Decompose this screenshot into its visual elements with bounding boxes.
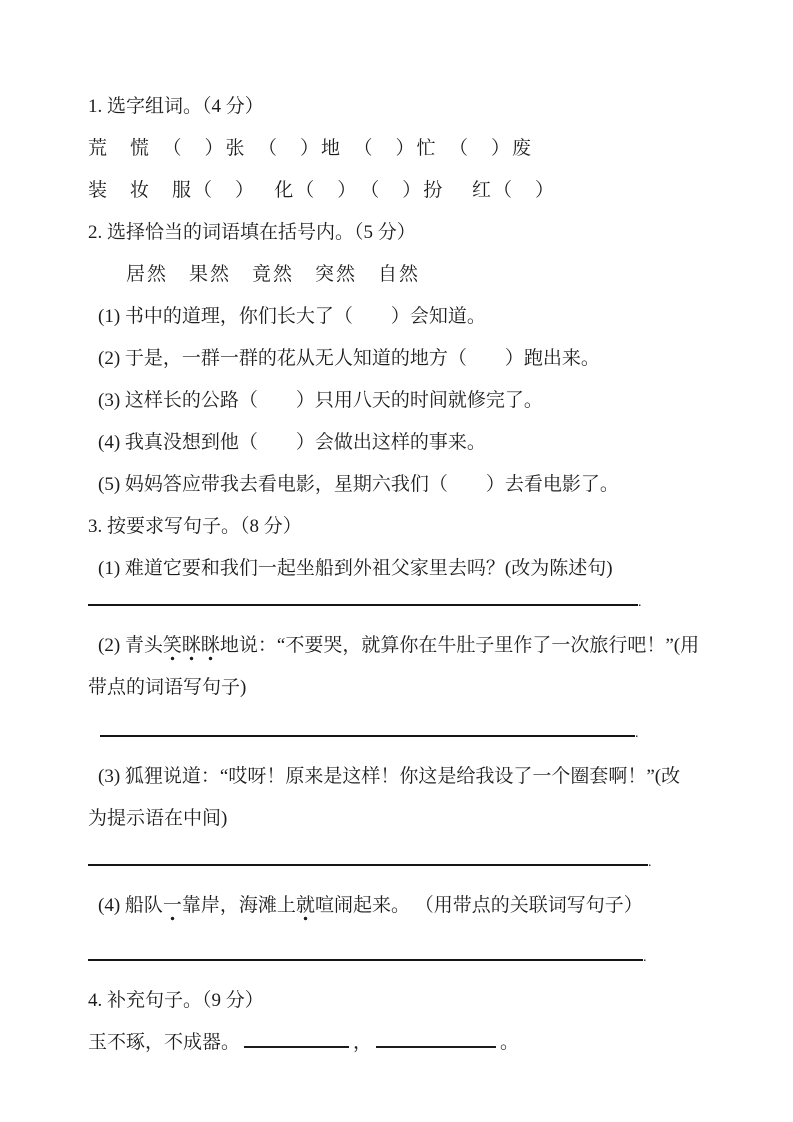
q1-heading: 1. 选字组词。（4 分）	[88, 86, 737, 128]
q4-stem: 玉不琢，不成器。	[88, 1032, 240, 1053]
q4-fill-blank-2	[376, 1029, 496, 1048]
q4-period: 。	[500, 1032, 519, 1053]
q4-comma: ，	[353, 1032, 372, 1053]
q3-answer-blank-3: .	[88, 850, 737, 871]
blank-tail-period-2: .	[635, 726, 639, 741]
answer-line-4	[88, 945, 643, 961]
q3-item-2-line2: 带点的词语写句子)	[88, 667, 737, 709]
q3-item-4-seg1: (4) 船队	[98, 895, 163, 916]
answer-line-2	[100, 721, 635, 737]
answer-line-3	[88, 850, 648, 866]
q3-answer-blank-2: .	[88, 721, 737, 742]
q2-item-4: (4) 我真没想到他（ ）会做出这样的事来。	[88, 422, 737, 464]
worksheet-page: 1. 选字组词。（4 分） 荒 慌 （ ）张 （ ）地 （ ）忙 （ ）废 装 …	[0, 0, 793, 1122]
q3-item-1: (1) 难道它要和我们一起坐船到外祖父家里去吗？(改为陈述句)	[88, 548, 737, 590]
q4-fill-blank-1	[244, 1029, 349, 1048]
q2-item-2: (2) 于是，一群一群的花从无人知道的地方（ ）跑出来。	[88, 338, 737, 380]
q3-item-4-dotted-char-2: 就	[296, 895, 315, 921]
q2-item-3: (3) 这样长的公路（ ）只用八天的时间就修完了。	[88, 380, 737, 422]
q3-item-3-line2: 为提示语在中间)	[88, 798, 737, 840]
q3-heading: 3. 按要求写句子。（8 分）	[88, 506, 737, 548]
q3-item-2-dotted-word: 笑眯眯	[163, 635, 220, 661]
q1-row1: 荒 慌 （ ）张 （ ）地 （ ）忙 （ ）废	[88, 128, 737, 170]
q3-item-2-seg2: 地说：“不要哭，就算你在牛肚子里作了一次旅行吧！”(用	[220, 635, 699, 656]
blank-tail-period-3: .	[648, 855, 652, 870]
q3-item-2-line1: (2) 青头笑眯眯地说：“不要哭，就算你在牛肚子里作了一次旅行吧！”(用	[88, 625, 737, 667]
q3-item-3-line1: (3) 狐狸说道：“哎呀！原来是这样！你这是给我设了一个圈套啊！”(改	[88, 756, 737, 798]
q3-answer-blank-1: .	[88, 590, 737, 611]
q3-item-4-dotted-char-1: 一	[163, 895, 182, 921]
q4-heading: 4. 补充句子。（9 分）	[88, 980, 737, 1022]
blank-tail-period-4: .	[643, 950, 647, 965]
q3-item-4-seg2: 靠岸，海滩上	[182, 895, 296, 916]
q3-item-4-seg3: 喧闹起来。 （用带点的关联词写句子）	[315, 895, 643, 916]
answer-line-1	[88, 590, 638, 606]
q2-word-bank: 居然 果然 竟然 突然 自然	[88, 254, 737, 296]
q2-item-5: (5) 妈妈答应带我去看电影，星期六我们（ ）去看电影了。	[88, 464, 737, 506]
q3-item-4: (4) 船队一靠岸，海滩上就喧闹起来。 （用带点的关联词写句子）	[88, 885, 737, 927]
blank-tail-period-1: .	[638, 595, 642, 610]
q2-heading: 2. 选择恰当的词语填在括号内。（5 分）	[88, 212, 737, 254]
q2-item-1: (1) 书中的道理，你们长大了（ ）会知道。	[88, 296, 737, 338]
q3-item-2-seg1: (2) 青头	[98, 635, 163, 656]
q3-answer-blank-4: .	[88, 945, 737, 966]
q1-row2: 装 妆 服（ ） 化（ ） （ ）扮 红（ ）	[88, 170, 737, 212]
q4-sentence: 玉不琢，不成器。，。	[88, 1022, 737, 1064]
